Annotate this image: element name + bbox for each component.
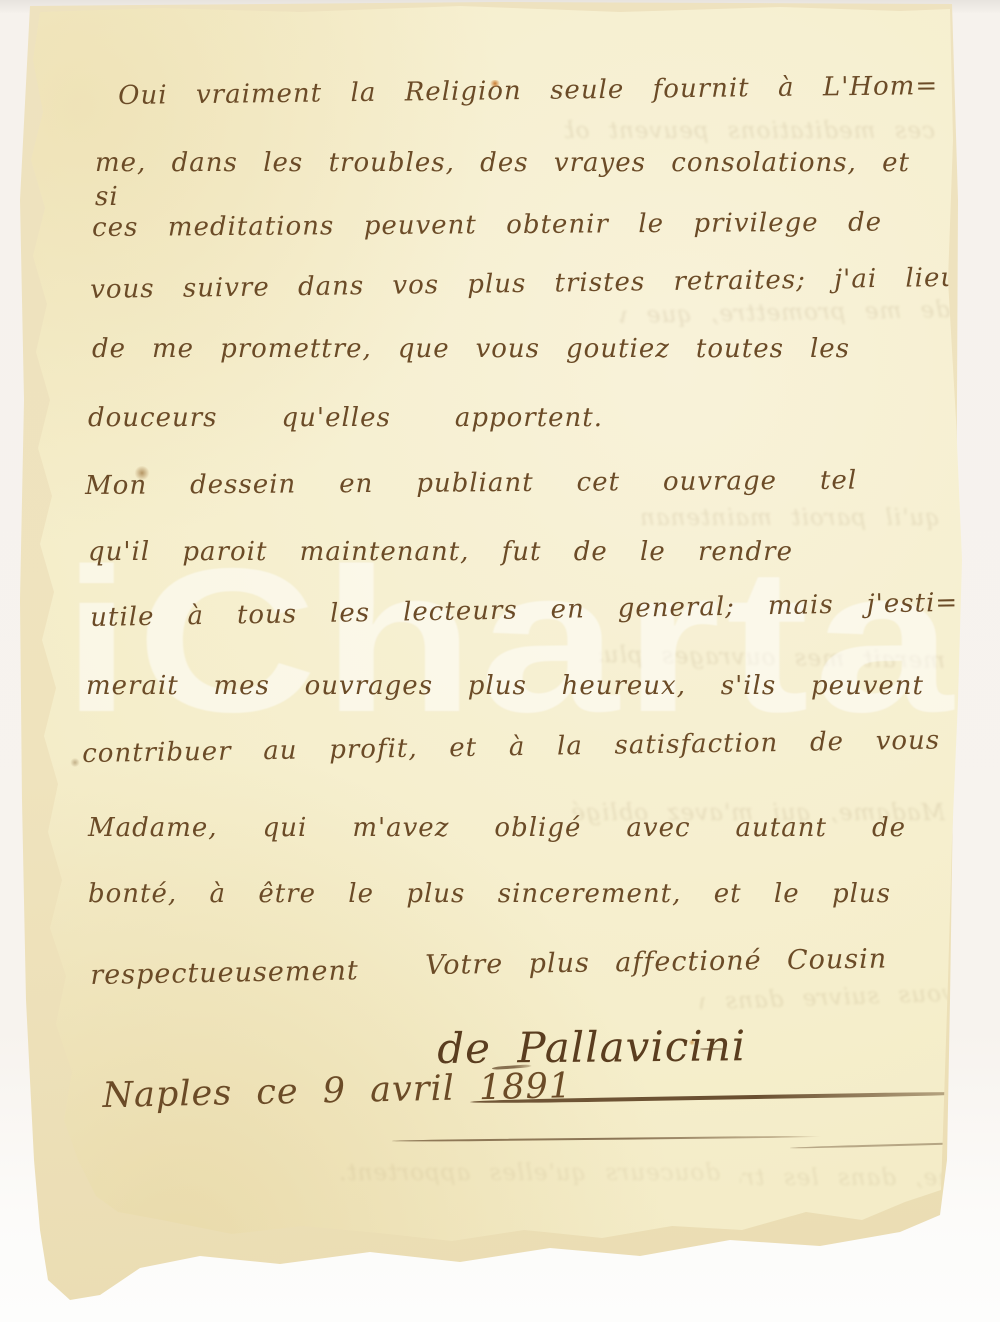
text-line: bonté, à être le plus sincerement, et le… [88, 878, 891, 912]
flourish-line [700, 1048, 726, 1050]
foxing-spot [134, 466, 150, 480]
bleedthrough-text: douceurs qu'elles apportent. [300, 1160, 720, 1186]
scanned-letter-page: ces meditations peuvent obtenir le privi… [0, 0, 1000, 1322]
text-line: me, dans les troubles, des vrayes consol… [95, 147, 910, 215]
closing-word: respectueusement [90, 953, 359, 993]
foxing-spot [70, 758, 80, 767]
flourish-line [392, 1135, 822, 1142]
text-line: Oui vraiment la Religion seule fournit à… [118, 70, 938, 114]
dateline: Naples ce 9 avril 1891 [102, 1064, 573, 1119]
bleedthrough-text: ces meditations peuvent obtenir le privi… [565, 118, 935, 144]
flourish-line [790, 1139, 1000, 1149]
bleedthrough-text: me, dans les troubles, des vrayes consol… [740, 1165, 960, 1191]
text-line: Madame, qui m'avez obligé avec autant de [88, 812, 906, 846]
closing-phrase: Votre plus affectioné Cousin [425, 942, 887, 984]
manuscript-paper: ces meditations peuvent obtenir le privi… [0, 0, 1000, 1322]
text-line: ces meditations peuvent obtenir le privi… [92, 206, 882, 245]
text-line: merait mes ouvrages plus heureux, s'ils … [86, 670, 924, 704]
bleedthrough-text: de me promettre, que vous goutiez toutes… [620, 297, 950, 329]
ink-stain [489, 80, 501, 87]
text-line: qu'il paroit maintenant, fut de le rendr… [88, 536, 793, 570]
text-line: douceurs qu'elles apportent. [88, 402, 603, 436]
bleedthrough-text: vous suivre dans vos plus tristes retrai… [700, 981, 956, 1016]
ink-stain [688, 1040, 696, 1045]
text-line: de me promettre, que vous goutiez toutes… [92, 333, 850, 367]
text-line: Mon dessein en publiant cet ouvrage tel [85, 465, 857, 504]
